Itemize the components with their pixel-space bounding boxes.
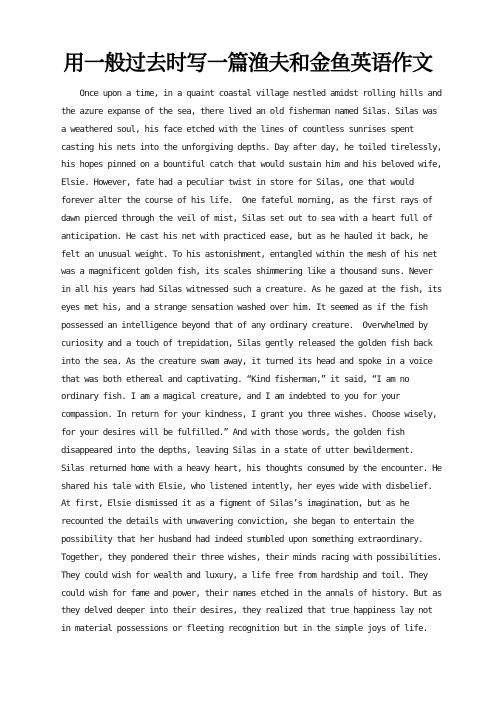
essay-line: anticipation. He cast his net with pract… — [61, 229, 457, 247]
essay-line: Silas returned home with a heavy heart, … — [61, 461, 457, 479]
essay-line: They could wish for wealth and luxury, a… — [61, 568, 457, 586]
essay-line: compassion. In return for your kindness,… — [61, 407, 457, 425]
essay-line: for your desires will be fulfilled.” And… — [61, 425, 457, 443]
essay-line: they delved deeper into their desires, t… — [61, 603, 457, 621]
essay-line: his hopes pinned on a bountiful catch th… — [61, 157, 457, 175]
essay-line: forever alter the course of his life. On… — [61, 193, 457, 211]
essay-line: in all his years had Silas witnessed suc… — [61, 282, 457, 300]
essay-line: disappeared into the depths, leaving Sil… — [61, 443, 457, 461]
essay-line: At first, Elsie dismissed it as a figmen… — [61, 496, 457, 514]
essay-line: was a magnificent golden fish, its scale… — [61, 264, 457, 282]
essay-line: a weathered soul, his face etched with t… — [61, 122, 457, 140]
essay-line: possibility that her husband had indeed … — [61, 532, 457, 550]
essay-line: curiosity and a touch of trepidation, Si… — [61, 336, 457, 354]
essay-line: in material possessions or fleeting reco… — [61, 621, 457, 639]
essay-line: eyes met his, and a strange sensation wa… — [61, 300, 457, 318]
document-page: 用一般过去时写一篇渔夫和金鱼英语作文 Once upon a time, in … — [0, 0, 496, 702]
essay-line: Elsie. However, fate had a peculiar twis… — [61, 175, 457, 193]
essay-line: casting his nets into the unforgiving de… — [61, 140, 457, 158]
essay-line: recounted the details with unwavering co… — [61, 514, 457, 532]
essay-line: possessed an intelligence beyond that of… — [61, 318, 457, 336]
essay-line: dawn pierced through the veil of mist, S… — [61, 211, 457, 229]
essay-line: that was both ethereal and captivating. … — [61, 372, 457, 390]
essay-line: ordinary fish. I am a magical creature, … — [61, 389, 457, 407]
essay-line: could wish for fame and power, their nam… — [61, 586, 457, 604]
essay-line: the azure expanse of the sea, there live… — [61, 104, 457, 122]
essay-line: Together, they pondered their three wish… — [61, 550, 457, 568]
essay-line: Once upon a time, in a quaint coastal vi… — [61, 86, 457, 104]
essay-line: felt an unusual weight. To his astonishm… — [61, 247, 457, 265]
essay-line: into the sea. As the creature swam away,… — [61, 354, 457, 372]
essay-line: shared his tale with Elsie, who listened… — [61, 479, 457, 497]
essay-body: Once upon a time, in a quaint coastal vi… — [61, 86, 457, 639]
essay-title: 用一般过去时写一篇渔夫和金鱼英语作文 — [59, 47, 437, 81]
